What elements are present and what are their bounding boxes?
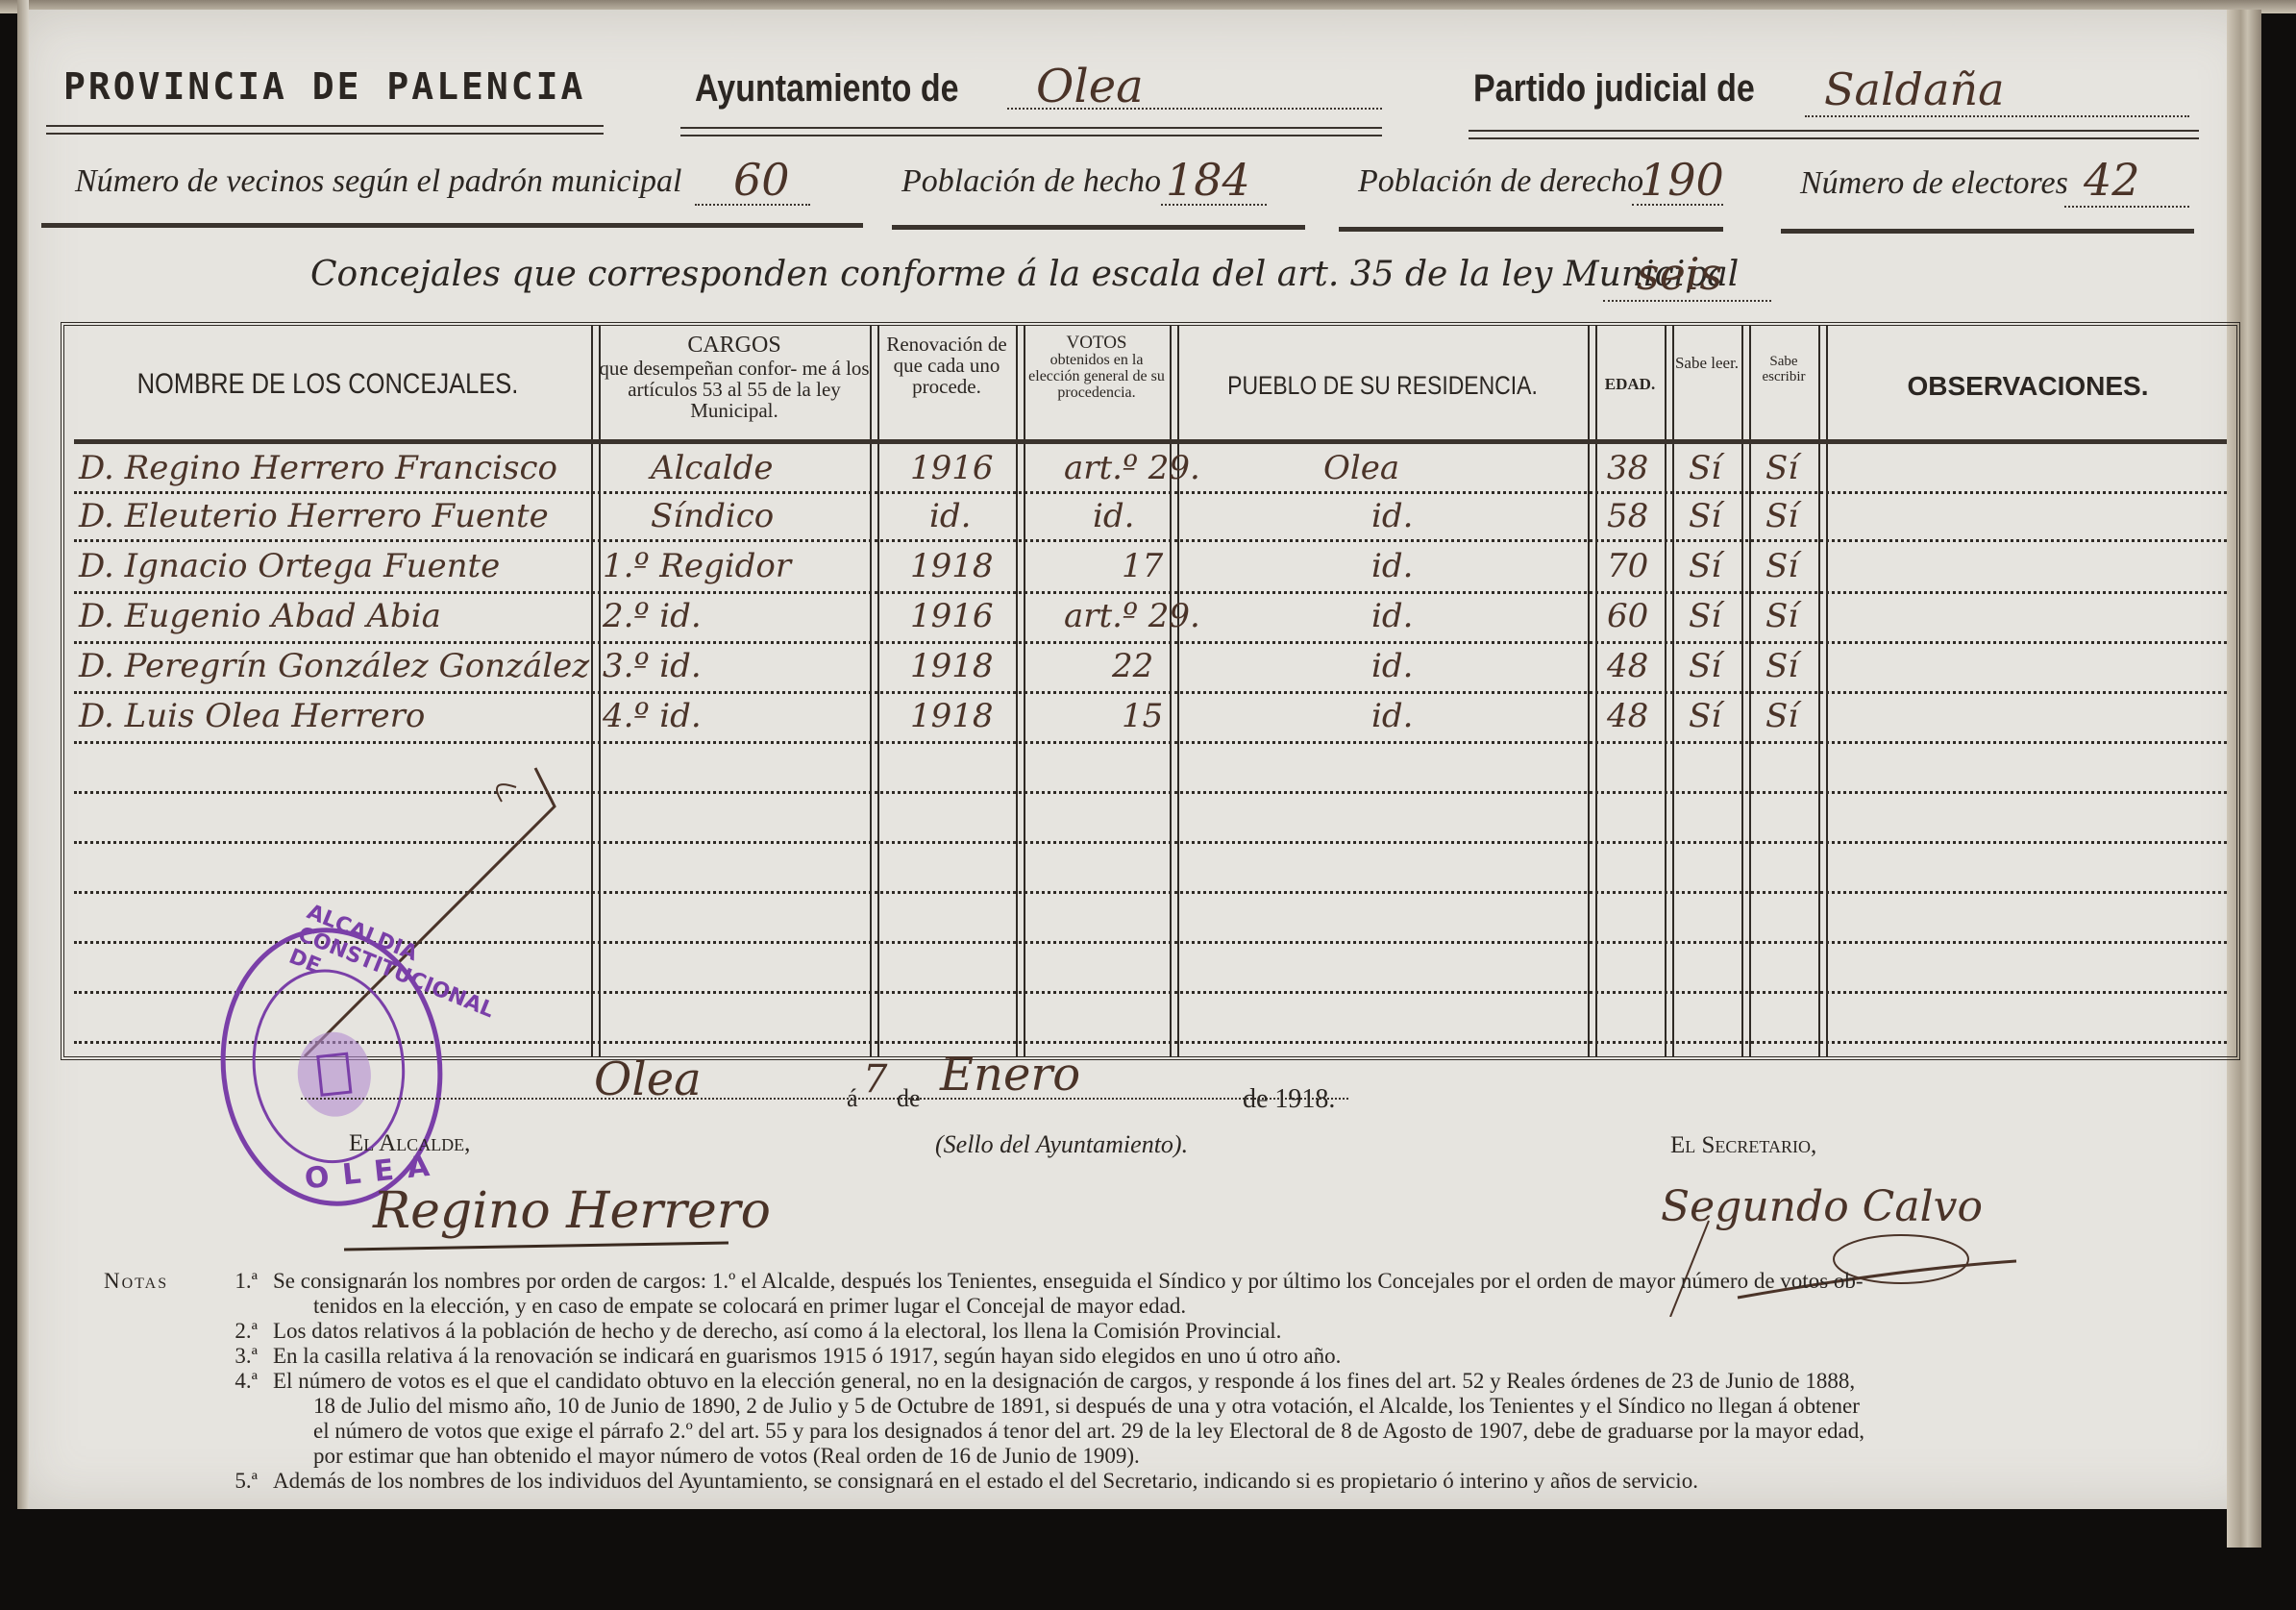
- divider: [1781, 229, 2194, 234]
- col-header-renovacion: Renovación de que cada uno procede.: [877, 334, 1016, 397]
- hecho-label: Población de hecho: [901, 163, 1161, 200]
- ayuntamiento-value: Olea: [1036, 60, 1144, 113]
- partido-label: Partido judicial de: [1473, 67, 1755, 111]
- date-place: Olea: [594, 1053, 702, 1106]
- derecho-value: 190: [1640, 154, 1724, 206]
- vecinos-label: Número de vecinos según el padrón munici…: [75, 163, 681, 200]
- ayuntamiento-label: Ayuntamiento de: [695, 67, 959, 111]
- col-header-observaciones: OBSERVACIONES.: [1826, 372, 2230, 400]
- table-row: D. Eugenio Abad Abia 2.º id. 1916 art.º …: [64, 597, 2236, 643]
- vecinos-value: 60: [733, 154, 790, 206]
- col-header-votos: VOTOS obtenidos en la elección general d…: [1024, 334, 1170, 401]
- date-month: Enero: [940, 1048, 1080, 1102]
- note-3: 3.ªEn la casilla relativa á la renovació…: [104, 1344, 1864, 1369]
- date-fill-line: [301, 1096, 1348, 1100]
- col-header-cargos: CARGOS que desempeñan confor- me á los a…: [599, 334, 870, 421]
- col-header-escribir: Sabe escribir: [1749, 355, 1818, 385]
- hecho-value: 184: [1166, 154, 1250, 206]
- concejales-value: seis: [1637, 248, 1722, 300]
- derecho-label: Población de derecho: [1358, 163, 1643, 200]
- book-spine-edge: [17, 0, 29, 1509]
- partido-value: Saldaña: [1824, 63, 2005, 115]
- notes-section: Notas1.ªSe consignarán los nombres por o…: [104, 1269, 1864, 1494]
- secretario-label: El Secretario,: [1670, 1132, 1816, 1159]
- divider: [46, 125, 604, 135]
- table-row: D. Peregrín González González 3.º id. 19…: [64, 647, 2236, 693]
- document-page: PROVINCIA DE PALENCIA Ayuntamiento de Ol…: [17, 10, 2261, 1509]
- col-header-edad: EDAD.: [1595, 376, 1665, 393]
- table-row: D. Ignacio Ortega Fuente 1.º Regidor 191…: [64, 547, 2236, 593]
- date-de: de: [897, 1084, 921, 1113]
- table-row: D. Luis Olea Herrero 4.º id. 1918 15 id.…: [64, 697, 2236, 743]
- alcalde-label: El Alcalde,: [349, 1130, 470, 1157]
- date-year: de 1918.: [1243, 1084, 1335, 1115]
- electores-value: 42: [2084, 154, 2140, 206]
- divider: [41, 223, 863, 228]
- concejales-label: Concejales que corresponden conforme á l…: [310, 255, 1739, 294]
- alcalde-signature: Regino Herrero: [373, 1182, 771, 1240]
- note-4: 4.ªEl número de votos es el que el candi…: [104, 1369, 1864, 1394]
- table-row: D. Eleuterio Herrero Fuente Síndico id. …: [64, 497, 2236, 543]
- date-a: á: [847, 1084, 858, 1113]
- col-header-leer: Sabe leer.: [1672, 355, 1741, 372]
- provincia-title: PROVINCIA DE PALENCIA: [63, 65, 585, 108]
- divider: [680, 127, 1382, 136]
- divider: [1469, 130, 2199, 139]
- divider: [892, 225, 1305, 230]
- divider: [1339, 227, 1723, 232]
- coat-of-arms-icon: [282, 1022, 387, 1127]
- col-header-nombre: NOMBRE DE LOS CONCEJALES.: [104, 369, 552, 400]
- date-day: 7: [863, 1057, 887, 1102]
- note-5: 5.ªAdemás de los nombres de los individu…: [104, 1469, 1864, 1494]
- sello-label: (Sello del Ayuntamiento).: [935, 1130, 1188, 1159]
- note-1: Notas1.ªSe consignarán los nombres por o…: [104, 1269, 1864, 1294]
- note-2: 2.ªLos datos relativos á la población de…: [104, 1319, 1864, 1344]
- electores-label: Número de electores: [1800, 165, 2068, 202]
- table-row: D. Regino Herrero Francisco Alcalde 1916…: [64, 449, 2236, 495]
- col-header-pueblo: PUEBLO DE SU RESIDENCIA.: [1208, 372, 1557, 399]
